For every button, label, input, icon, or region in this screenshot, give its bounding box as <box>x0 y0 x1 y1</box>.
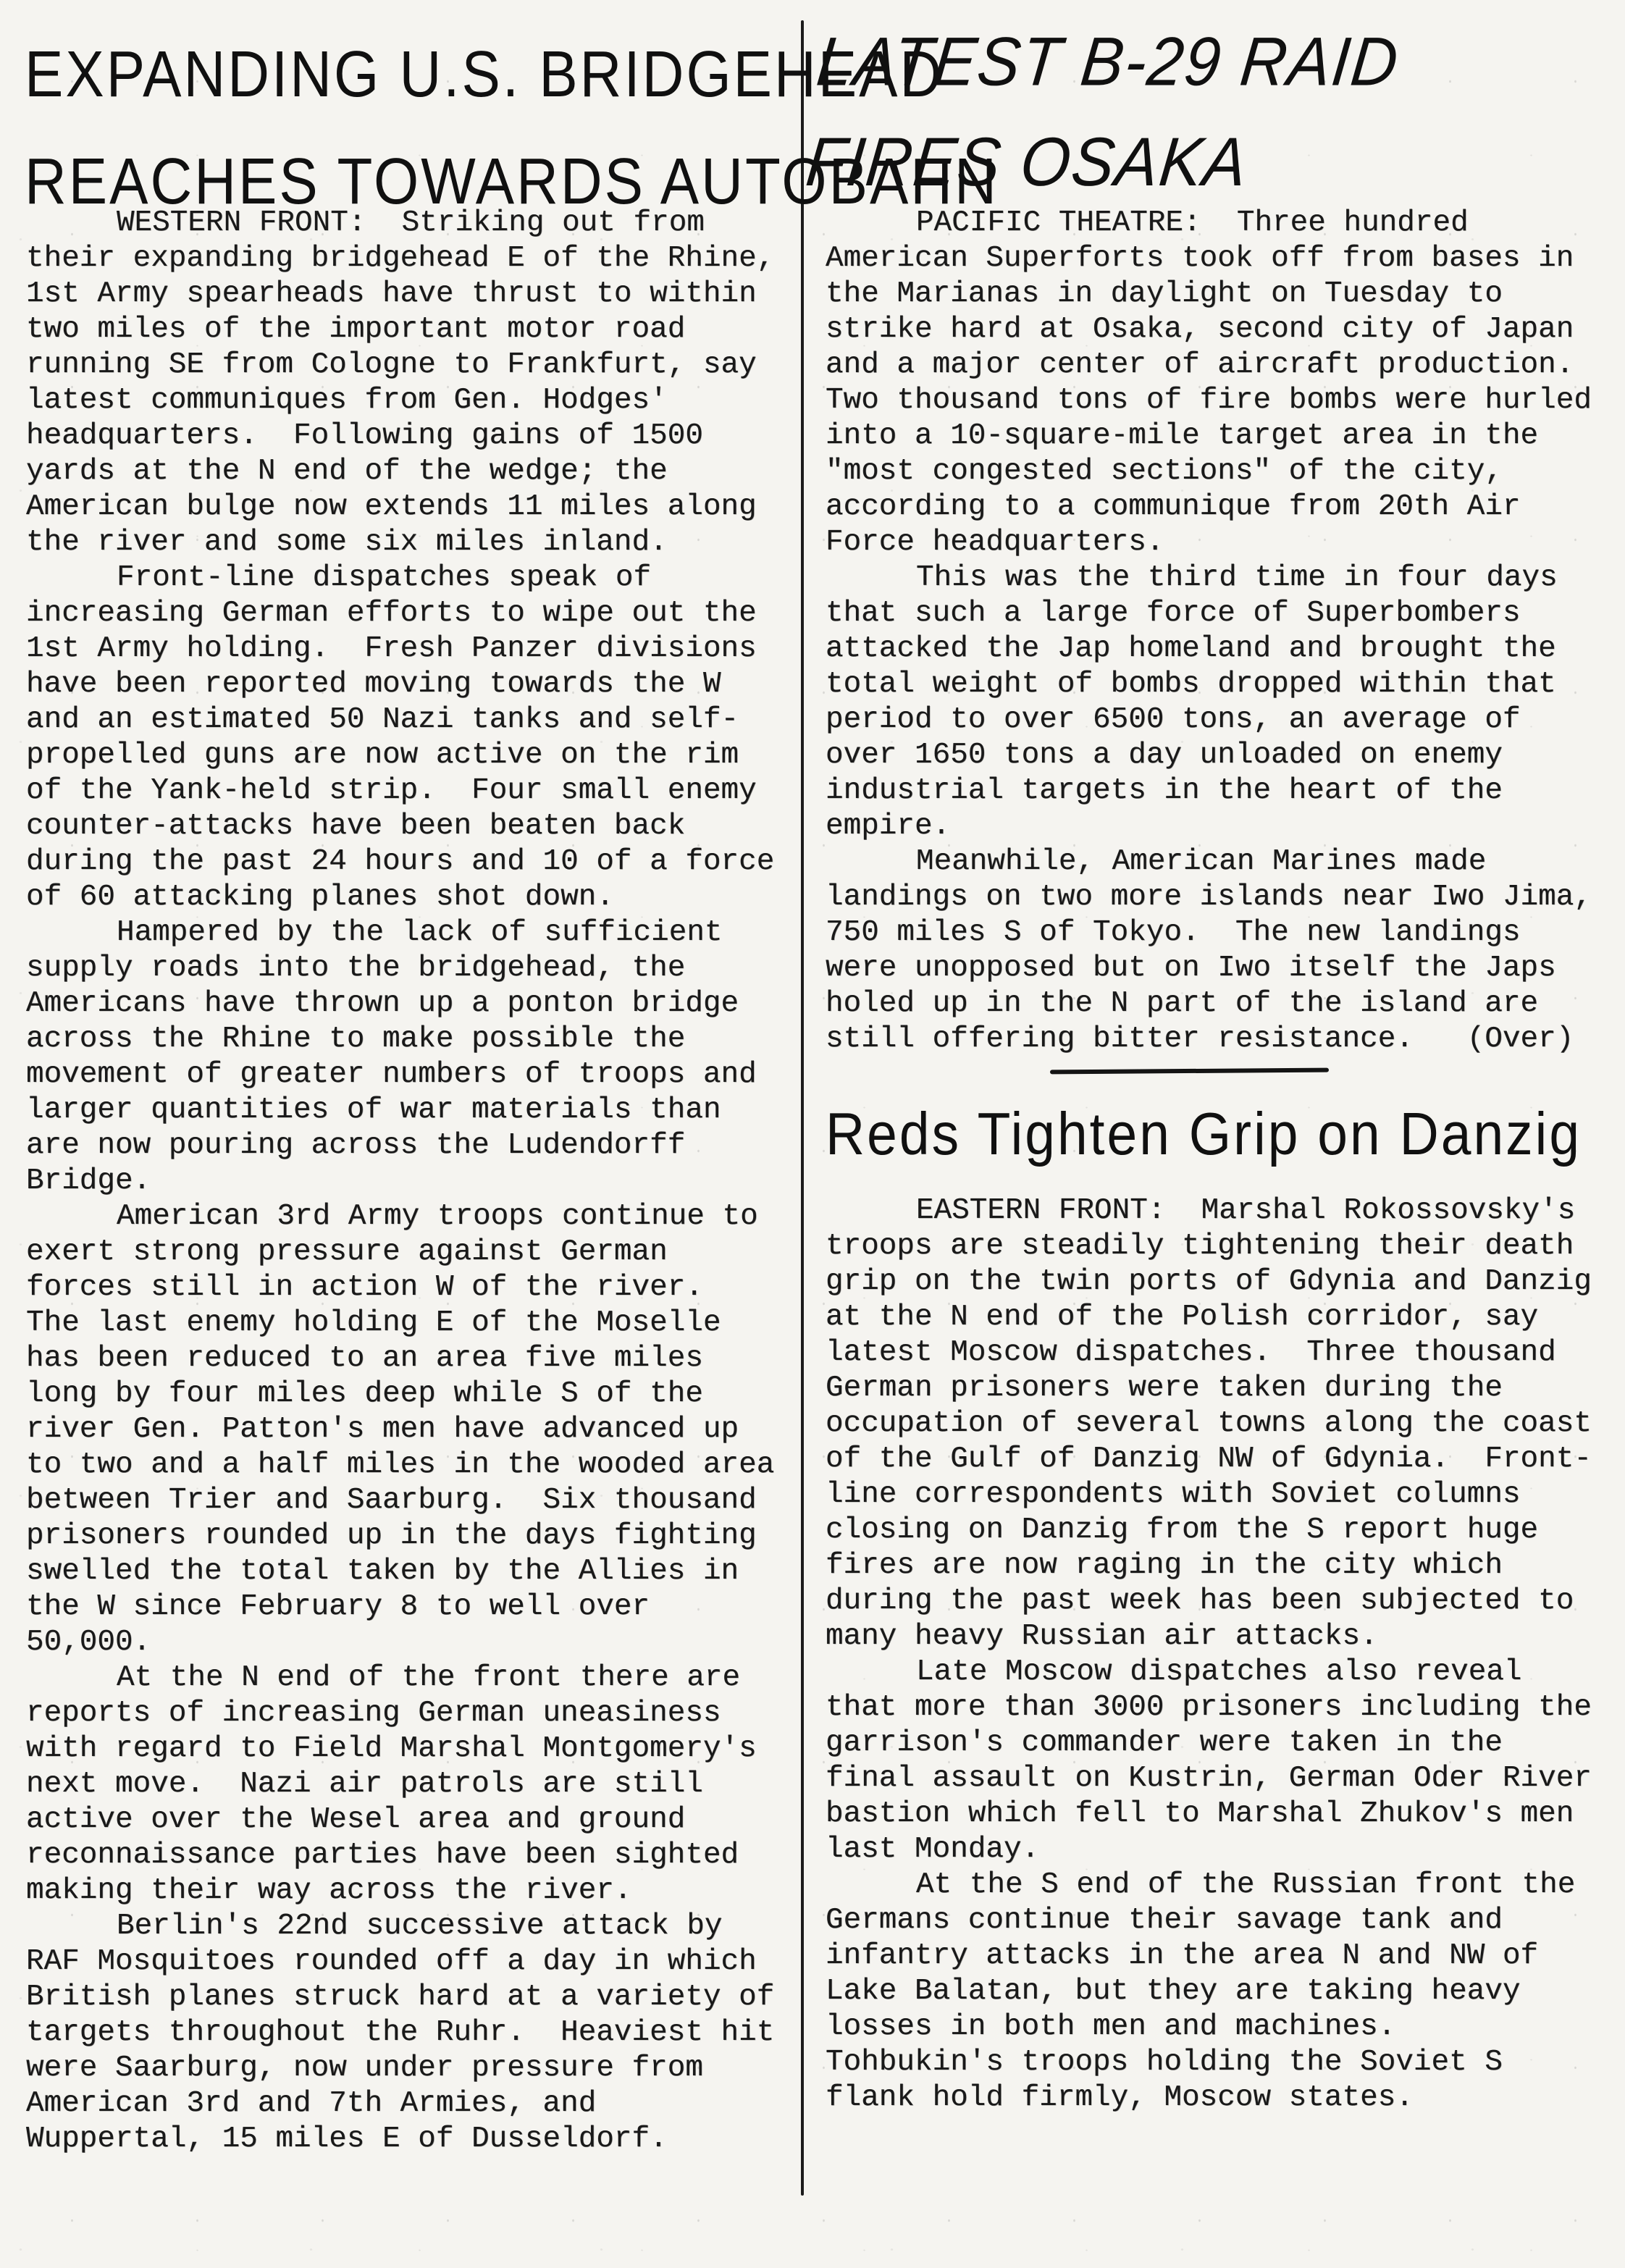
headline-line: LATEST B-29 RAID <box>812 12 1605 112</box>
article-western-front: WESTERN FRONT: Striking out from their e… <box>26 206 791 2157</box>
article-paragraph: WESTERN FRONT: Striking out from their e… <box>26 206 791 560</box>
headline-b29-raid: LATEST B-29 RAID FIRES OSAKA <box>802 12 1605 211</box>
article-paragraph: At the N end of the front there are repo… <box>26 1660 791 1909</box>
newspaper-page: EXPANDING U.S. BRIDGEHEAD REACHES TOWARD… <box>0 0 1625 2268</box>
headline-western-front: EXPANDING U.S. BRIDGEHEAD REACHES TOWARD… <box>25 20 785 235</box>
headline-line: FIRES OSAKA <box>802 112 1595 211</box>
article-paragraph: At the S end of the Russian front the Ge… <box>826 1868 1608 2116</box>
article-danzig: EASTERN FRONT: Marshal Rokossovsky's tro… <box>826 1193 1608 2116</box>
article-paragraph: EASTERN FRONT: Marshal Rokossovsky's tro… <box>826 1193 1608 1655</box>
article-paragraph: PACIFIC THEATRE: Three hundred American … <box>826 206 1608 560</box>
headline-danzig: Reds Tighten Grip on Danzig <box>826 1099 1608 1168</box>
article-paragraph: Berlin's 22nd successive attack by RAF M… <box>26 1909 791 2157</box>
right-column: PACIFIC THEATRE: Three hundred American … <box>826 206 1608 2116</box>
article-paragraph: This was the third time in four days tha… <box>826 560 1608 844</box>
article-paragraph: Meanwhile, American Marines made landing… <box>826 844 1608 1057</box>
article-paragraph: American 3rd Army troops continue to exe… <box>26 1199 791 1660</box>
story-divider-rule <box>1050 1068 1329 1075</box>
headline-line: EXPANDING U.S. BRIDGEHEAD <box>25 20 785 127</box>
column-divider-rule <box>801 20 804 2196</box>
article-paragraph: Front-line dispatches speak of increasin… <box>26 560 791 915</box>
article-paragraph: Late Moscow dispatches also reveal that … <box>826 1655 1608 1868</box>
article-paragraph: Hampered by the lack of sufficient suppl… <box>26 915 791 1199</box>
article-pacific-theatre: PACIFIC THEATRE: Three hundred American … <box>826 206 1608 1057</box>
